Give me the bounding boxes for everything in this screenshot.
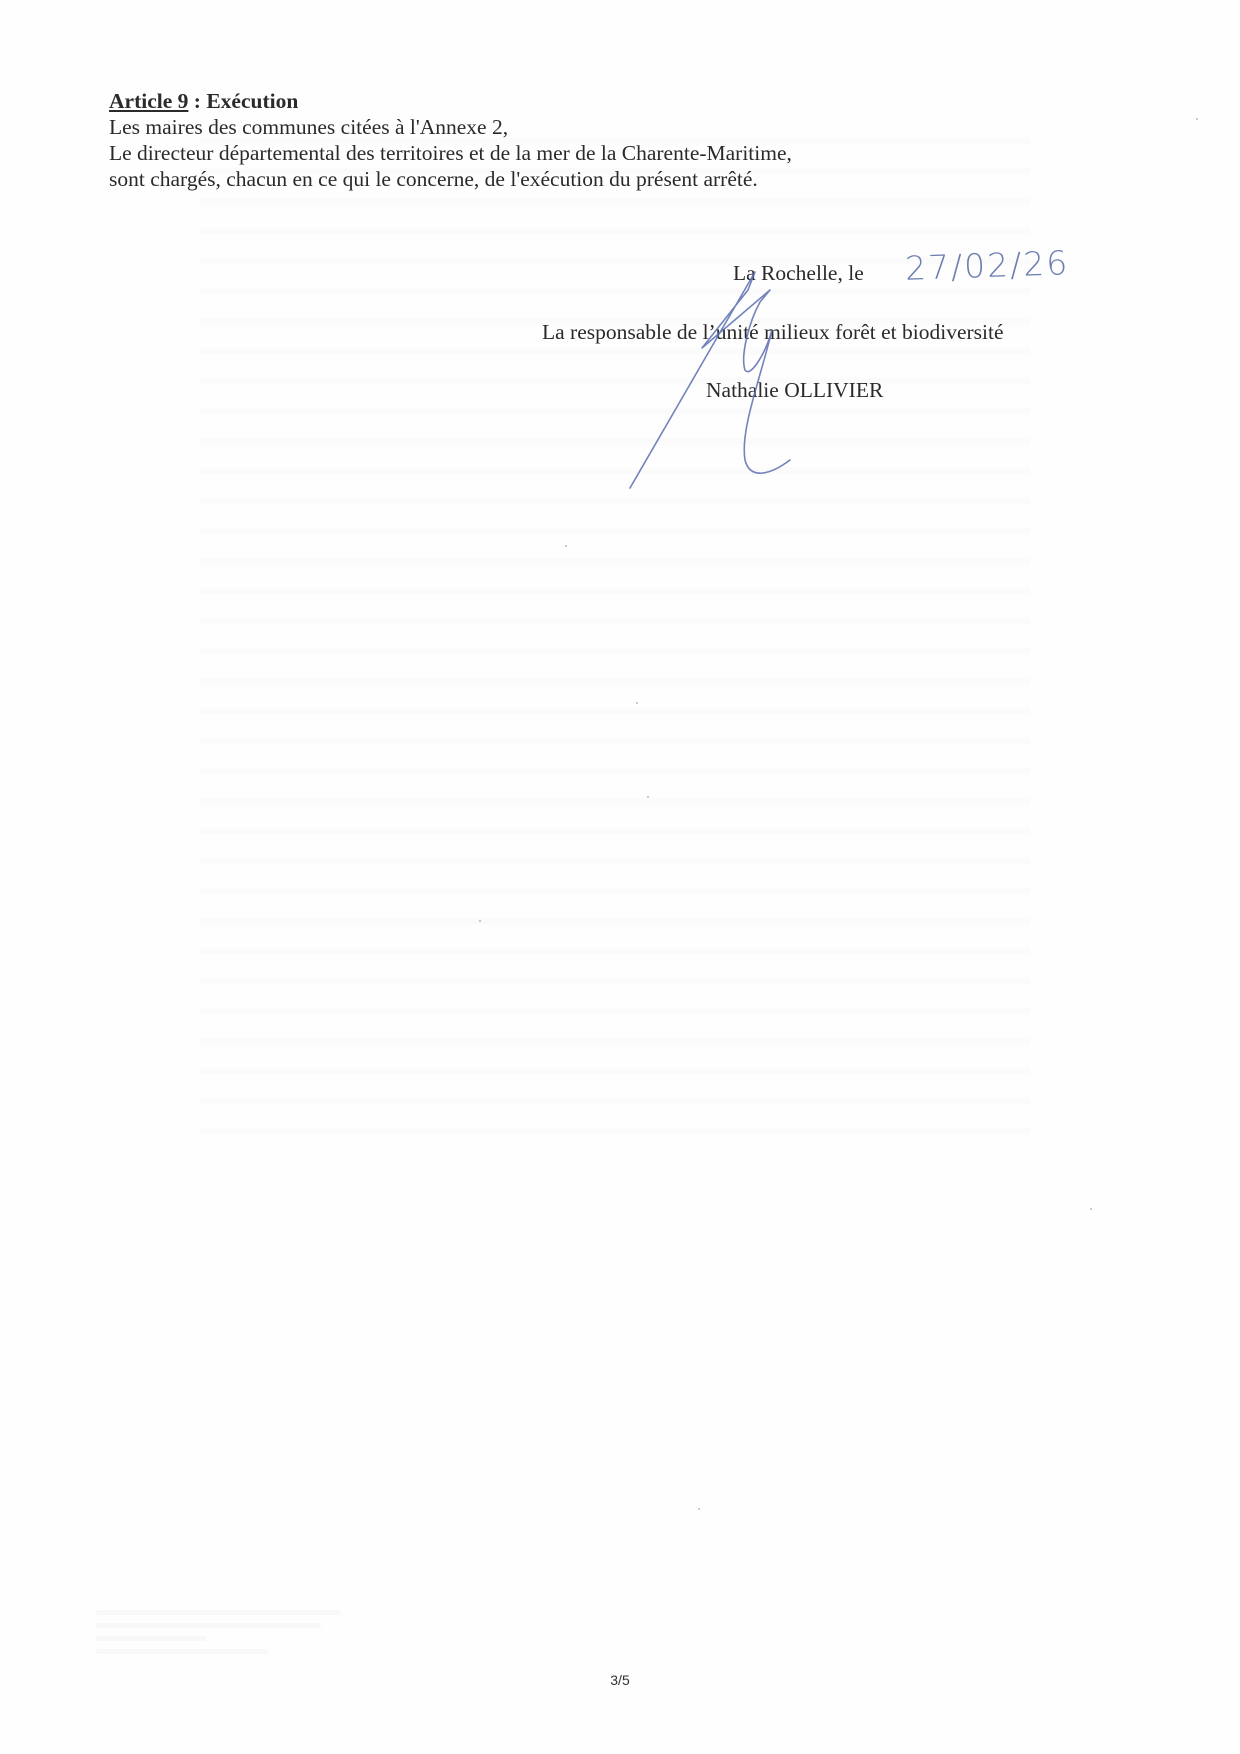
signer-role: La responsable de l’unité milieux forêt … <box>542 320 1004 345</box>
article-line: Les maires des communes citées à l'Annex… <box>109 114 792 140</box>
handwritten-date: 27/02/26 <box>904 243 1069 288</box>
article-section: Article 9 : Exécution Les maires des com… <box>109 88 792 192</box>
article-line: Le directeur départemental des territoir… <box>109 140 792 166</box>
scan-speck <box>647 796 649 798</box>
article-heading: Article 9 : Exécution <box>109 88 792 114</box>
scan-speck <box>1090 1208 1092 1210</box>
place-date-label: La Rochelle, le <box>733 261 864 286</box>
article-line: sont chargés, chacun en ce qui le concer… <box>109 166 792 192</box>
page-number: 3/5 <box>0 1672 1240 1688</box>
scan-speck <box>636 702 638 704</box>
article-title: Exécution <box>206 89 298 113</box>
article-separator: : <box>188 89 206 113</box>
footer-address-faint <box>96 1610 341 1670</box>
signer-name: Nathalie OLLIVIER <box>706 378 883 403</box>
scan-speck <box>698 1508 700 1510</box>
scan-speck <box>565 545 567 547</box>
scan-speck <box>1196 118 1198 120</box>
article-number: Article 9 <box>109 89 188 113</box>
scan-speck <box>479 920 481 922</box>
document-page: Article 9 : Exécution Les maires des com… <box>0 0 1240 1754</box>
